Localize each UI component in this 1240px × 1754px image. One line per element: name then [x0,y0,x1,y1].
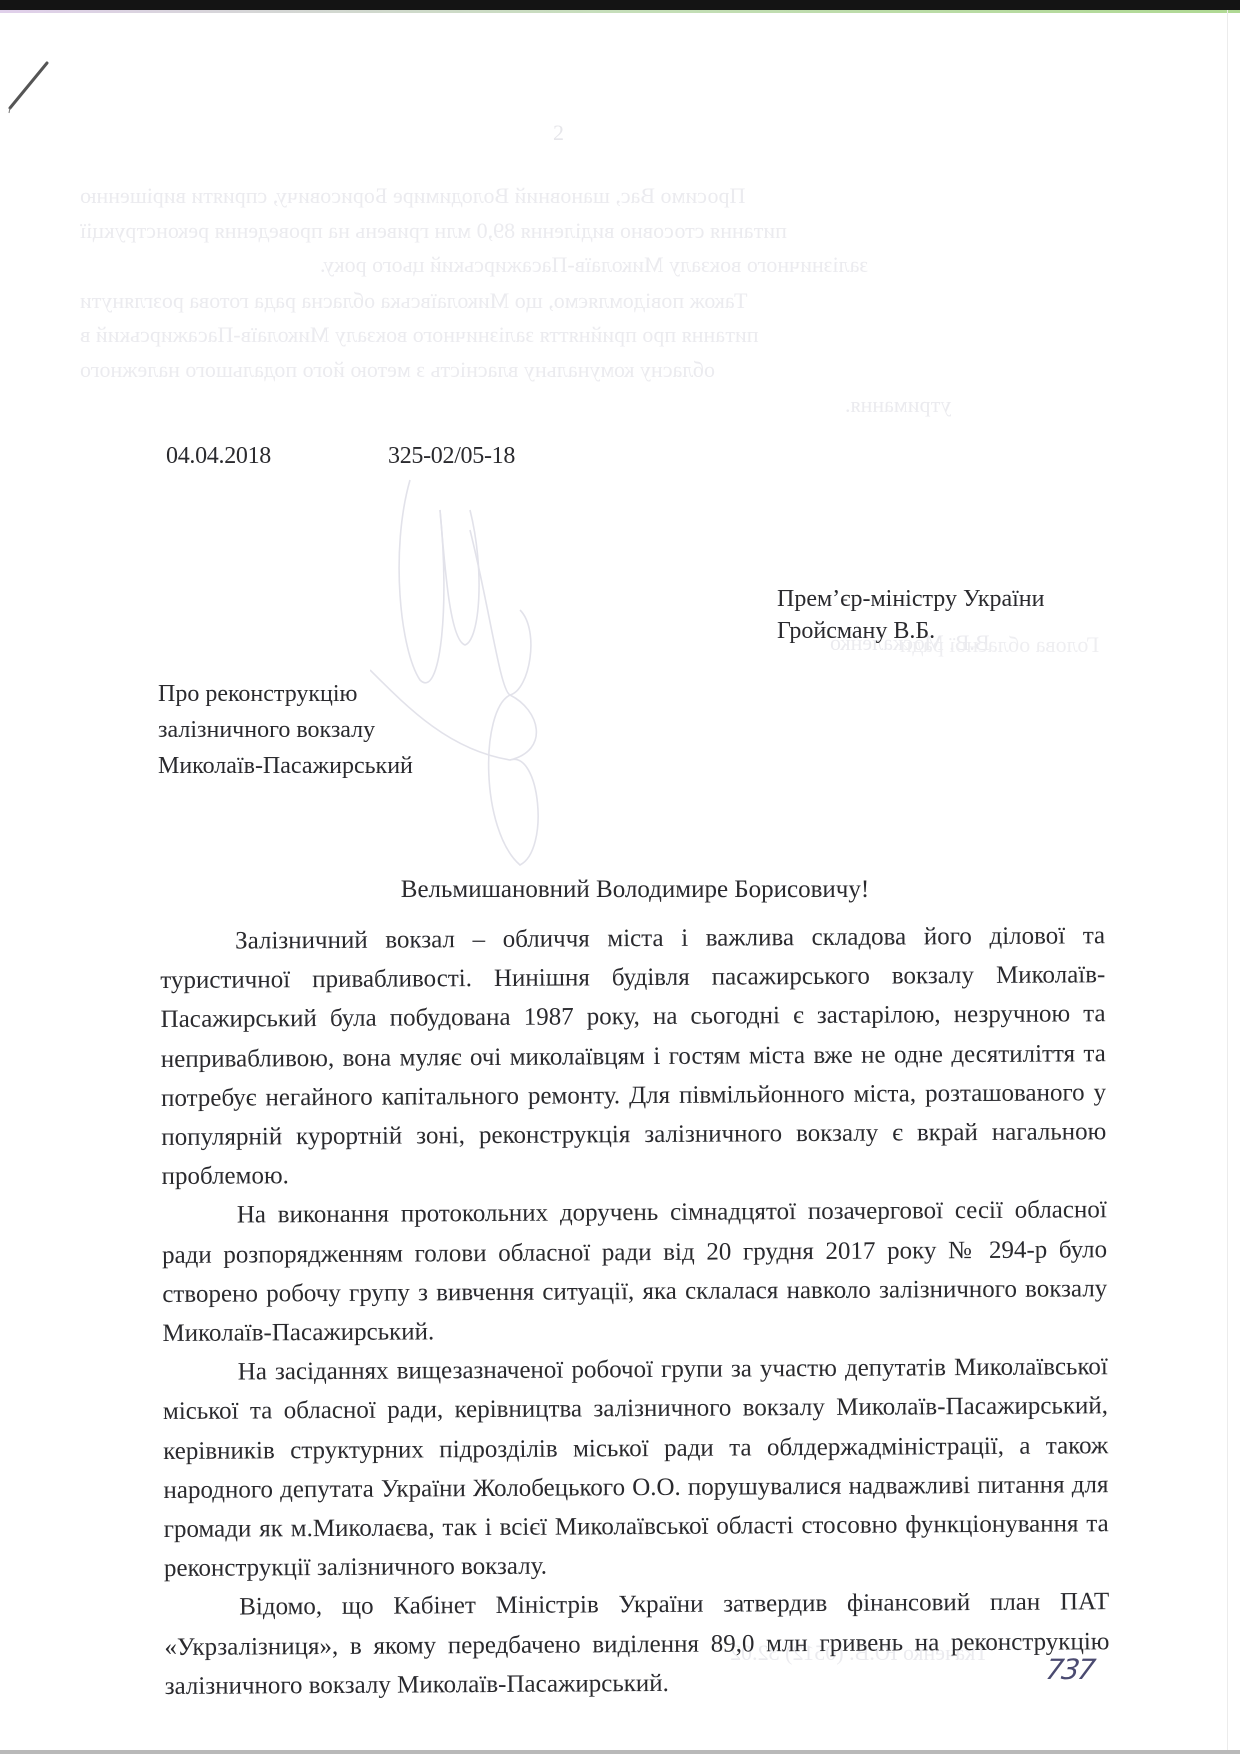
subject-block: Про реконструкцію залізничного вокзалу М… [158,676,413,784]
letter-date: 04.04.2018 [166,443,271,470]
salutation: Вельмишановний Володимире Борисовичу! [0,876,1240,904]
bleed-line: питання про прийняття залізничного вокза… [80,322,759,348]
bleed-page-number: 2 [553,120,564,146]
bleed-line: обласну комунальну власність з метою йог… [80,357,715,383]
addressee-position: Прем’єр-міністру України [777,583,1045,615]
handwritten-page-number: 737 [1044,1653,1096,1686]
body-paragraph: На засіданнях вищезазначеної робочої гру… [163,1347,1109,1588]
letter-reference-number: 325-02/05-18 [388,443,515,470]
scan-bottom-edge [0,1750,1240,1754]
bleed-line: Також повідомляємо, що Миколаївська обла… [80,288,748,314]
addressee-name: Гройсману В.Б. [777,615,1045,647]
bleed-line: питання стосовно виділення 89,0 млн грив… [80,218,787,244]
bleed-line: Просимо Вас, шановний Володимире Борисов… [80,183,745,209]
scan-top-edge [0,0,1240,10]
scan-top-edge-tint [0,10,1240,13]
subject-line: залізничного вокзалу [158,712,413,748]
subject-line: Миколаїв-Пасажирський [158,748,413,784]
subject-line: Про реконструкцію [158,676,413,712]
body-paragraph: Відомо, що Кабінет Міністрів України зат… [164,1583,1110,1706]
pen-stroke-mark [5,60,50,115]
addressee-block: Прем’єр-міністру України Гройсману В.Б. [777,583,1045,647]
letter-body: Залізничний вокзал – обличчя міста і важ… [160,916,1110,1706]
body-paragraph: На виконання протокольних доручень сімна… [162,1191,1108,1354]
bleed-line: залізничного вокзалу Миколаїв-Пасажирськ… [320,252,868,278]
body-paragraph: Залізничний вокзал – обличчя міста і важ… [160,916,1107,1196]
faint-signature [370,450,630,870]
bleed-line: утримання. [845,392,951,418]
